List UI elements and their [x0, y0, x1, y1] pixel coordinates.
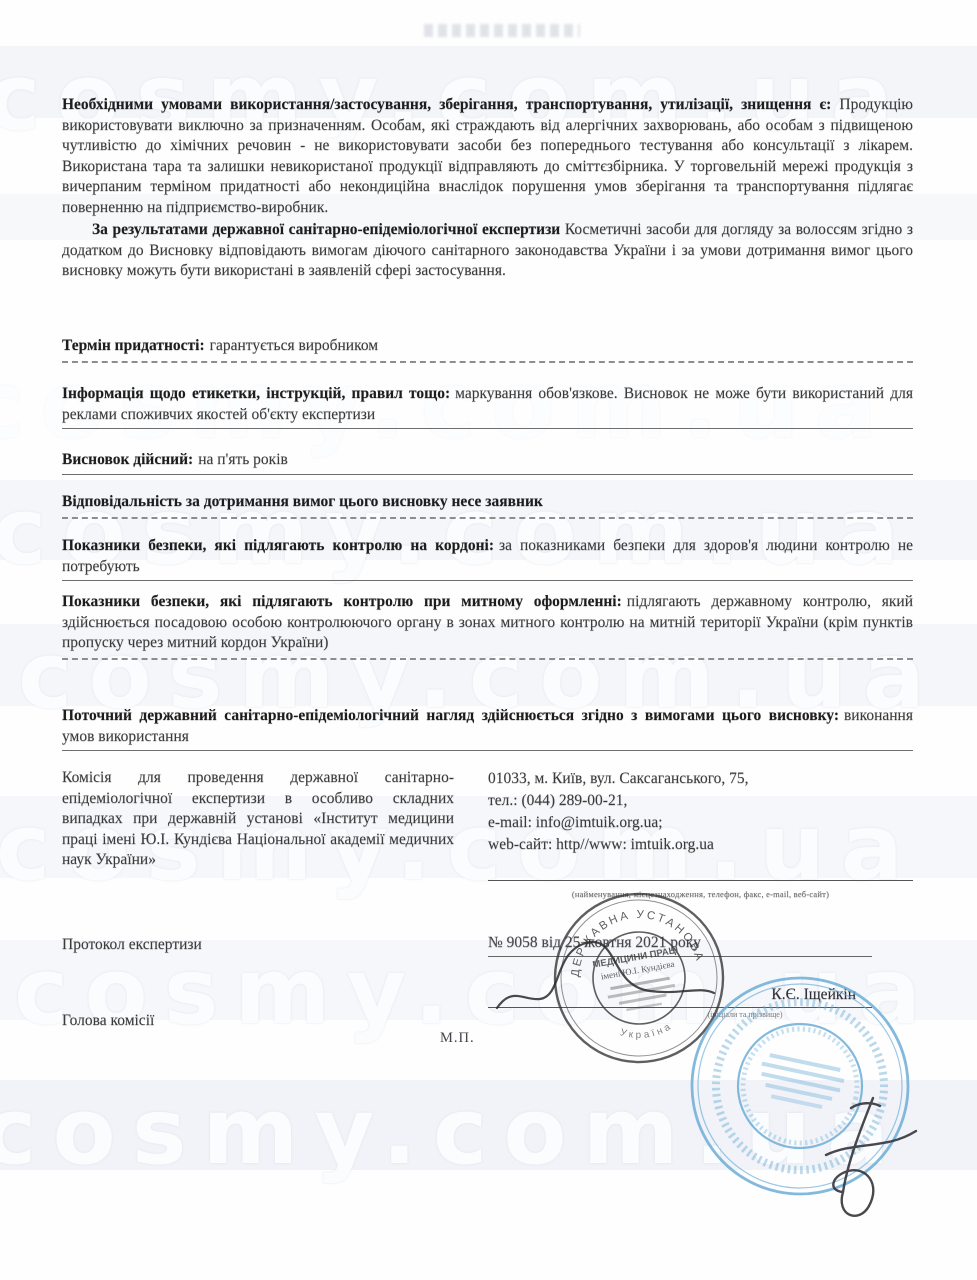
head-name: К.Є. Іщейкін — [488, 986, 872, 1008]
field-label: Термін придатності: — [62, 337, 205, 354]
address-underline — [488, 880, 913, 881]
paragraph-lead: Необхідними умовами використання/застосу… — [62, 96, 831, 113]
field-label: Показники безпеки, які підлягають контро… — [62, 537, 494, 554]
protocol-value-zone: № 9058 від 25 жовтня 2021 року — [488, 934, 872, 957]
paragraph-lead: За результатами державної санітарно-епід… — [92, 221, 560, 238]
head-label: Голова комісії — [62, 1012, 154, 1030]
field-label: Висновок дійсний: — [62, 451, 193, 468]
paragraph-expertise-results: За результатами державної санітарно-епід… — [62, 220, 913, 282]
field-responsibility: Відповідальність за дотримання вимог цьо… — [62, 492, 913, 519]
faint-header-text — [424, 24, 580, 37]
scanned-document-page: cosmy.com.ua cosmy.com.ua cosmy.com.ua c… — [0, 0, 977, 1280]
field-current-surveillance: Поточний державний санітарно-епідеміолог… — [62, 706, 913, 751]
seal-place-note: М.П. — [440, 1030, 475, 1047]
address-line: 01033, м. Київ, вул. Саксаганського, 75, — [488, 768, 913, 790]
field-value: гарантується виробником — [210, 337, 378, 354]
commission-name: Комісія для проведення державної санітар… — [62, 768, 454, 871]
commission-address: 01033, м. Київ, вул. Саксаганського, 75,… — [488, 768, 913, 905]
field-customs-control: Показники безпеки, які підлягають контро… — [62, 592, 913, 660]
address-line: e-mail: info@imtuik.org.ua; — [488, 812, 913, 834]
field-shelf-life: Термін придатності:гарантується виробник… — [62, 336, 913, 363]
head-name-caption: (ініціали та прізвище) — [488, 1010, 872, 1019]
field-label: Інформація щодо етикетки, інструкцій, пр… — [62, 385, 450, 402]
protocol-number: № 9058 від 25 жовтня 2021 року — [488, 934, 872, 957]
field-border-control: Показники безпеки, які підлягають контро… — [62, 536, 913, 581]
commission-block: Комісія для проведення державної санітар… — [62, 768, 913, 905]
main-paragraphs: Необхідними умовами використання/застосу… — [62, 95, 913, 284]
field-label: Поточний державний санітарно-епідеміолог… — [62, 707, 839, 724]
head-signature-zone: К.Є. Іщейкін (ініціали та прізвище) — [488, 986, 872, 1019]
paragraph-usage-conditions: Необхідними умовами використання/застосу… — [62, 95, 913, 218]
field-conclusion-validity: Висновок дійсний:на п'ять років — [62, 450, 913, 475]
address-caption: (найменування, місцезнаходження, телефон… — [488, 883, 913, 905]
field-label: Показники безпеки, які підлягають контро… — [62, 593, 622, 610]
address-line: web-сайт: http//www: imtuik.org.ua — [488, 834, 913, 856]
field-label-info: Інформація щодо етикетки, інструкцій, пр… — [62, 384, 913, 429]
paragraph-body: Продукцію використовувати виключно за пр… — [62, 96, 913, 216]
address-line: тел.: (044) 289-00-21, — [488, 790, 913, 812]
field-label: Відповідальність за дотримання вимог цьо… — [62, 493, 543, 510]
protocol-label: Протокол експертизи — [62, 936, 202, 954]
field-value: на п'ять років — [198, 451, 288, 468]
watermark-text: cosmy.com.ua — [0, 1078, 905, 1185]
